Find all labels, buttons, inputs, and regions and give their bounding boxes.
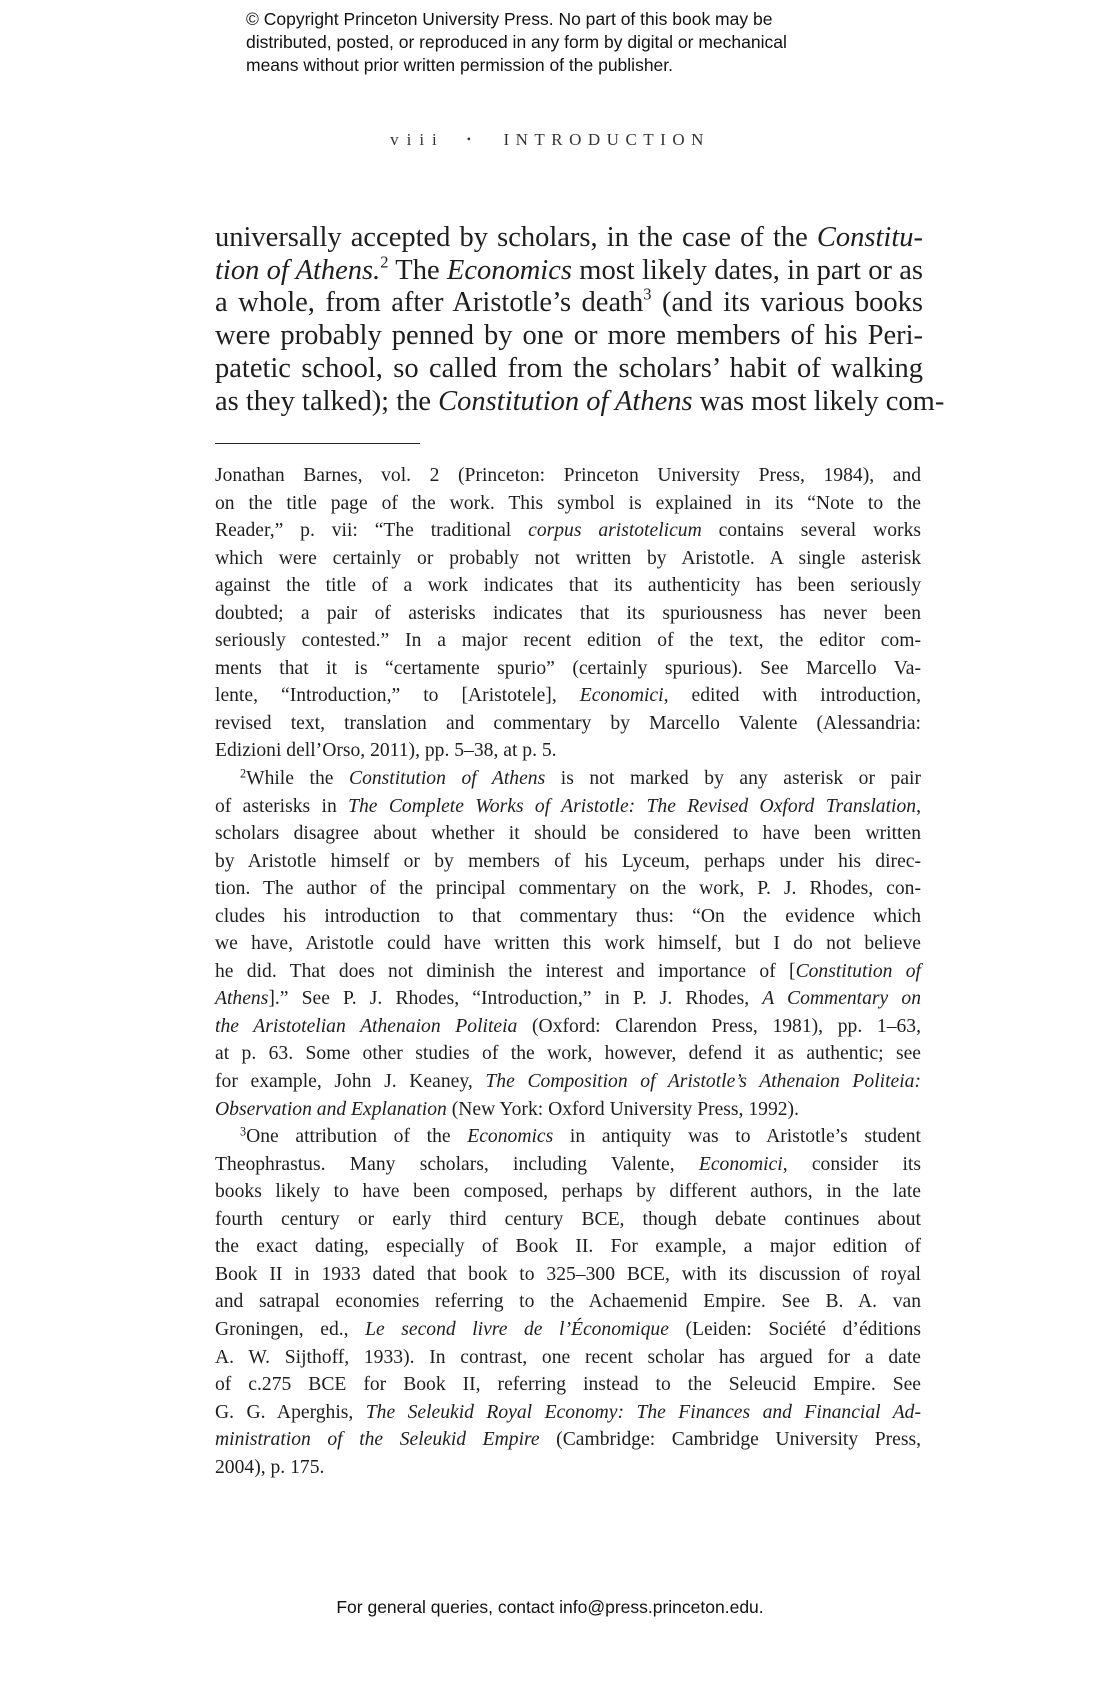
footnote-line: for example, John J. Keaney, The Composi… <box>215 1068 921 1096</box>
footnote-line: Jonathan Barnes, vol. 2 (Princeton: Prin… <box>215 462 921 490</box>
section-title: INTRODUCTION <box>503 130 709 149</box>
text-run: he did. That does not diminish the inter… <box>215 961 796 982</box>
footnote-line: Observation and Explanation (New York: O… <box>215 1096 921 1124</box>
text-run: by Aristotle himself or by members of hi… <box>215 851 921 872</box>
italic-title: Constitution of <box>796 961 921 982</box>
footnote-line: books likely to have been composed, perh… <box>215 1178 921 1206</box>
text-run: ments that it is “certamente spurio” (ce… <box>215 658 921 679</box>
copyright-line: © Copyright Princeton University Press. … <box>246 8 866 31</box>
running-head: viii•INTRODUCTION <box>0 130 1100 150</box>
italic-title: corpus aristotelicum <box>528 520 702 541</box>
italic-title: Economici <box>699 1154 783 1175</box>
text-run: One attribution of the <box>246 1126 467 1147</box>
bullet-separator-icon: • <box>467 132 478 146</box>
footnote-line: Groningen, ed., Le second livre de l’Éco… <box>215 1316 921 1344</box>
text-run: (and its various books <box>652 287 923 318</box>
text-run: universally accepted by scholars, in the… <box>215 222 817 253</box>
text-run: contains several works <box>702 520 921 541</box>
text-run: and satrapal economies referring to the … <box>215 1291 921 1312</box>
footnote-line: the Aristotelian Athenaion Politeia (Oxf… <box>215 1013 921 1041</box>
body-line: a whole, from after Aristotle’s death3 (… <box>215 287 923 320</box>
footnote-line: 2While the Constitution of Athens is not… <box>215 765 921 793</box>
copyright-line: distributed, posted, or reproduced in an… <box>246 31 866 54</box>
footnote-line: and satrapal economies referring to the … <box>215 1288 921 1316</box>
body-paragraph: universally accepted by scholars, in the… <box>215 222 923 418</box>
text-run: A. W. Sijthoff, 1933). In contrast, one … <box>215 1347 921 1368</box>
text-run: (Leiden: Société d’éditions <box>669 1319 921 1340</box>
italic-title: The Complete Works of Aristotle: The Rev… <box>348 796 916 817</box>
copyright-notice: © Copyright Princeton University Press. … <box>246 8 866 77</box>
text-run: on the title page of the work. This symb… <box>215 493 921 514</box>
text-run: scholars disagree about whether it shoul… <box>215 823 921 844</box>
text-run: Theophrastus. Many scholars, including V… <box>215 1154 699 1175</box>
copyright-line: means without prior written permission o… <box>246 54 866 77</box>
italic-title: Athens <box>215 988 268 1009</box>
footnote-line: by Aristotle himself or by members of hi… <box>215 848 921 876</box>
text-run: against the title of a work indicates th… <box>215 575 921 596</box>
text-run: lente, “Introduction,” to [Aristotele], <box>215 685 580 706</box>
footnote-line: which were certainly or probably not wri… <box>215 545 921 573</box>
text-run: The <box>389 255 447 286</box>
text-run: (Oxford: Clarendon Press, 1981), pp. 1–6… <box>517 1016 921 1037</box>
text-run: ].” See P. J. Rhodes, “Introduction,” in… <box>268 988 762 1009</box>
text-run: patetic school, so called from the schol… <box>215 353 923 384</box>
footnote-line: cludes his introduction to that commenta… <box>215 903 921 931</box>
footer-contact: For general queries, contact info@press.… <box>0 1597 1100 1618</box>
body-line: as they talked); the Constitution of Ath… <box>215 386 923 419</box>
footnote-line: A. W. Sijthoff, 1933). In contrast, one … <box>215 1344 921 1372</box>
text-run: a whole, from after Aristotle’s death <box>215 287 643 318</box>
italic-title: Constitution of Athens <box>349 768 545 789</box>
italic-title: Economics <box>447 255 572 286</box>
footnote-line: fourth century or early third century BC… <box>215 1206 921 1234</box>
footnote-line: against the title of a work indicates th… <box>215 572 921 600</box>
text-run: was most likely com- <box>693 386 945 417</box>
text-run: most likely dates, in part or as <box>572 255 923 286</box>
text-run: (Cambridge: Cambridge University Press, <box>540 1429 921 1450</box>
italic-title: The Composition of Aristotle’s Athenaion… <box>485 1071 921 1092</box>
footnote-line: on the title page of the work. This symb… <box>215 490 921 518</box>
italic-title: Constitution of Athens <box>438 386 692 417</box>
footnote-divider <box>215 443 420 444</box>
italic-title: The Seleukid Royal Economy: The Finances… <box>366 1402 921 1423</box>
footnote-line: of c.275 BCE for Book II, referring inst… <box>215 1371 921 1399</box>
text-run: doubted; a pair of asterisks indicates t… <box>215 603 921 624</box>
italic-title: Economici <box>580 685 664 706</box>
italic-title: Economics <box>467 1126 553 1147</box>
text-run: , <box>916 796 921 817</box>
footnote-line: ministration of the Seleukid Empire (Cam… <box>215 1426 921 1454</box>
italic-title: the Aristotelian Athenaion Politeia <box>215 1016 517 1037</box>
footnote-line: he did. That does not diminish the inter… <box>215 958 921 986</box>
text-run: seriously contested.” In a major recent … <box>215 630 921 651</box>
footnote-line: Reader,” p. vii: “The traditional corpus… <box>215 517 921 545</box>
italic-title: Le second livre de l’Économique <box>365 1319 669 1340</box>
text-run: as they talked); the <box>215 386 438 417</box>
text-run: we have, Aristotle could have written th… <box>215 933 921 954</box>
footnote-line: scholars disagree about whether it shoul… <box>215 820 921 848</box>
text-run: in antiquity was to Aristotle’s student <box>553 1126 921 1147</box>
footnote-line: at p. 63. Some other studies of the work… <box>215 1040 921 1068</box>
footnote-line: Book II in 1933 dated that book to 325–3… <box>215 1261 921 1289</box>
text-run: 2004), p. 175. <box>215 1457 324 1478</box>
footnote-line: Edizioni dell’Orso, 2011), pp. 5–38, at … <box>215 737 921 765</box>
footnote-reference: 3 <box>643 285 651 304</box>
text-run: Book II in 1933 dated that book to 325–3… <box>215 1264 921 1285</box>
footnote-line: Theophrastus. Many scholars, including V… <box>215 1151 921 1179</box>
footnote-line: doubted; a pair of asterisks indicates t… <box>215 600 921 628</box>
footnote-reference: 2 <box>380 252 388 271</box>
text-run: (New York: Oxford University Press, 1992… <box>447 1099 799 1120</box>
italic-title: ministration of the Seleukid Empire <box>215 1429 540 1450</box>
footnote-line: lente, “Introduction,” to [Aristotele], … <box>215 682 921 710</box>
italic-title: tion of Athens. <box>215 255 380 286</box>
page-number: viii <box>390 130 445 149</box>
footnote-line: seriously contested.” In a major recent … <box>215 627 921 655</box>
text-run: Jonathan Barnes, vol. 2 (Princeton: Prin… <box>215 465 921 486</box>
footnote-line: revised text, translation and commentary… <box>215 710 921 738</box>
text-run: of c.275 BCE for Book II, referring inst… <box>215 1374 921 1395</box>
footnote-line: 3One attribution of the Economics in ant… <box>215 1123 921 1151</box>
text-run: fourth century or early third century BC… <box>215 1209 921 1230</box>
text-run: , edited with introduction, <box>664 685 921 706</box>
footnote-line: tion. The author of the principal commen… <box>215 875 921 903</box>
text-run: Edizioni dell’Orso, 2011), pp. 5–38, at … <box>215 740 557 761</box>
body-line: universally accepted by scholars, in the… <box>215 222 923 255</box>
text-run: Reader,” p. vii: “The traditional <box>215 520 528 541</box>
text-run: While the <box>246 768 349 789</box>
footnote-line: Athens].” See P. J. Rhodes, “Introductio… <box>215 985 921 1013</box>
text-run: cludes his introduction to that commenta… <box>215 906 921 927</box>
footnote-line: ments that it is “certamente spurio” (ce… <box>215 655 921 683</box>
text-run: tion. The author of the principal commen… <box>215 878 921 899</box>
text-run: at p. 63. Some other studies of the work… <box>215 1043 921 1064</box>
text-run: G. G. Aperghis, <box>215 1402 366 1423</box>
body-line: patetic school, so called from the schol… <box>215 353 923 386</box>
body-line: were probably penned by one or more memb… <box>215 320 923 353</box>
text-run: which were certainly or probably not wri… <box>215 548 921 569</box>
footnote-line: 2004), p. 175. <box>215 1454 921 1482</box>
footnote-line: we have, Aristotle could have written th… <box>215 930 921 958</box>
text-run: is not marked by any asterisk or pair <box>545 768 921 789</box>
footnote-line: of asterisks in The Complete Works of Ar… <box>215 793 921 821</box>
text-run: Groningen, ed., <box>215 1319 365 1340</box>
footnotes: Jonathan Barnes, vol. 2 (Princeton: Prin… <box>215 462 921 1481</box>
text-run: for example, John J. Keaney, <box>215 1071 485 1092</box>
text-run: were probably penned by one or more memb… <box>215 320 923 351</box>
text-run: revised text, translation and commentary… <box>215 713 921 734</box>
body-line: tion of Athens.2 The Economics most like… <box>215 255 923 288</box>
footnote-line: G. G. Aperghis, The Seleukid Royal Econo… <box>215 1399 921 1427</box>
italic-title: Constitu- <box>817 222 923 253</box>
text-run: books likely to have been composed, perh… <box>215 1181 921 1202</box>
text-run: of asterisks in <box>215 796 348 817</box>
italic-title: Observation and Explanation <box>215 1099 447 1120</box>
text-run: , consider its <box>783 1154 921 1175</box>
footnote-line: the exact dating, especially of Book II.… <box>215 1233 921 1261</box>
text-run: the exact dating, especially of Book II.… <box>215 1236 921 1257</box>
italic-title: A Commentary on <box>762 988 921 1009</box>
